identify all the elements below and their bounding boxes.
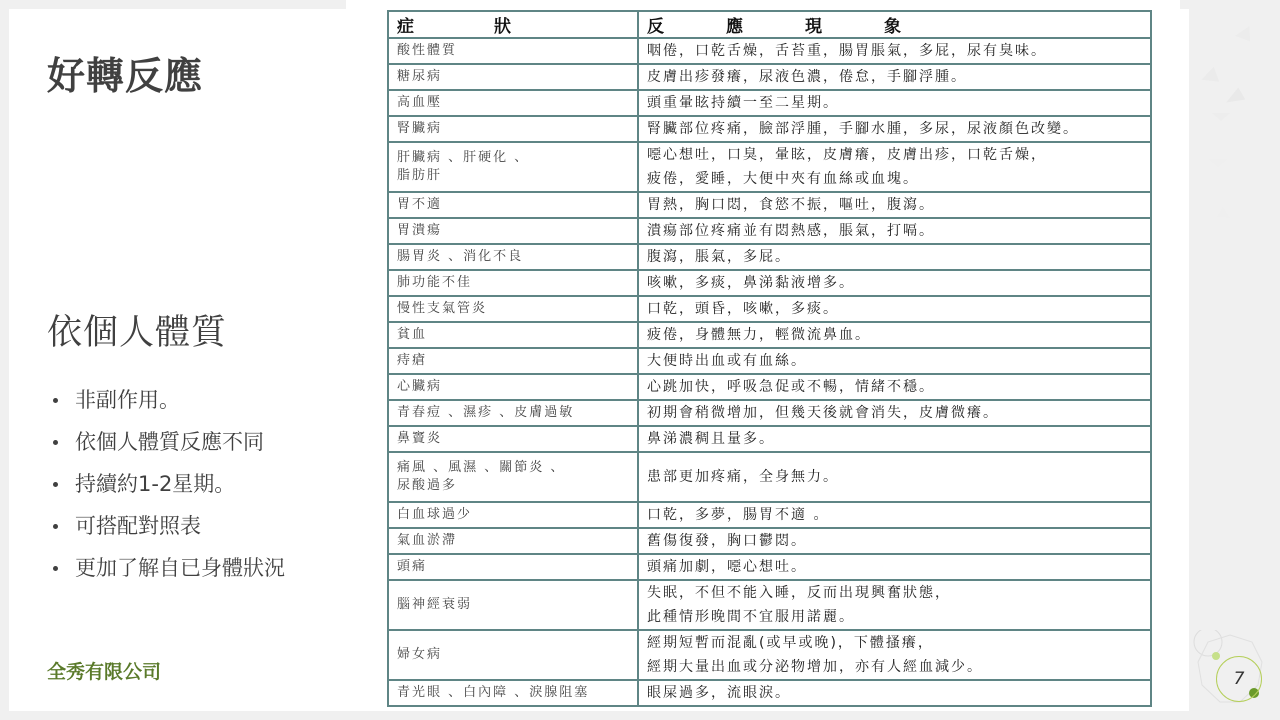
table-row: 婦女病經期短暫而混亂(或早或晚)，下體搔癢，經期大量出血或分泌物增加，亦有人經血… [388, 630, 1151, 680]
table-row: 青春痘 、濕疹 、皮膚過敏初期會稍微增加，但幾天後就會消失，皮膚微癢。 [388, 400, 1151, 426]
symptom-cell: 腦神經衰弱 [388, 580, 638, 630]
symptom-text: 脂肪肝 [397, 167, 629, 185]
reaction-cell: 疲倦，身體無力，輕微流鼻血。 [638, 322, 1151, 348]
reaction-cell: 經期短暫而混亂(或早或晚)，下體搔癢，經期大量出血或分泌物增加，亦有人經血減少。 [638, 630, 1151, 680]
symptom-cell: 痔瘡 [388, 348, 638, 374]
bullet-dot-icon [53, 440, 58, 445]
reaction-text: 心跳加快，呼吸急促或不暢，情緒不穩。 [647, 375, 1142, 399]
bullet-list: 非副作用。 依個人體質反應不同 持續約1-2星期。 可搭配對照表 更加了解自已身… [47, 379, 285, 589]
symptom-text: 腦神經衰弱 [397, 596, 629, 614]
symptom-cell: 腸胃炎 、消化不良 [388, 244, 638, 270]
symptom-cell: 痛風 、風濕 、關節炎 、尿酸過多 [388, 452, 638, 502]
triangle-icon [1217, 207, 1233, 223]
reaction-table: 症狀 反應現象 酸性體質咽倦，口乾舌燥，舌苔重，腸胃脹氣，多屁，尿有臭味。糖尿病… [387, 10, 1152, 707]
symptom-text: 鼻竇炎 [397, 430, 629, 448]
bullet-dot-icon [53, 566, 58, 571]
symptom-cell: 肺功能不佳 [388, 270, 638, 296]
symptom-text: 青春痘 、濕疹 、皮膚過敏 [397, 404, 629, 422]
reaction-text: 皮膚出疹發癢，尿液色濃，倦怠，手腳浮腫。 [647, 65, 1142, 89]
reaction-text: 此種情形晚間不宜服用諾麗。 [647, 605, 1142, 629]
table-header-row: 症狀 反應現象 [388, 11, 1151, 38]
symptom-text: 酸性體質 [397, 42, 629, 60]
reaction-cell: 口乾，多夢，腸胃不適 。 [638, 502, 1151, 528]
reaction-text: 失眠，不但不能入睡，反而出現興奮狀態， [647, 581, 1142, 605]
bullet-item: 非副作用。 [47, 379, 285, 421]
bullet-text: 更加了解自已身體狀況 [75, 556, 285, 580]
symptom-text: 尿酸過多 [397, 477, 629, 495]
symptom-text: 高血壓 [397, 94, 629, 112]
header-char: 象 [884, 12, 901, 37]
triangle-icon [1199, 67, 1220, 88]
symptom-cell: 胃潰瘍 [388, 218, 638, 244]
bullet-dot-icon [53, 524, 58, 529]
reaction-cell: 口乾，頭昏，咳嗽，多痰。 [638, 296, 1151, 322]
reaction-cell: 初期會稍微增加，但幾天後就會消失，皮膚微癢。 [638, 400, 1151, 426]
reaction-text: 經期大量出血或分泌物增加，亦有人經血減少。 [647, 655, 1142, 679]
reaction-text: 潰瘍部位疼痛並有悶熱感，脹氣，打嗝。 [647, 219, 1142, 243]
table-row: 青光眼 、白內障 、淚腺阻塞眼屎過多，流眼淚。 [388, 680, 1151, 706]
header-reaction: 反應現象 [638, 11, 1151, 38]
symptom-cell: 肝臟病 、肝硬化 、脂肪肝 [388, 142, 638, 192]
reaction-cell: 腹瀉，脹氣，多屁。 [638, 244, 1151, 270]
table-row: 腎臟病腎臟部位疼痛，臉部浮腫，手腳水腫，多尿，尿液顏色改變。 [388, 116, 1151, 142]
table-row: 痔瘡大便時出血或有血絲。 [388, 348, 1151, 374]
table-row: 胃不適胃熱，胸口悶，食慾不振，嘔吐，腹瀉。 [388, 192, 1151, 218]
reaction-text: 鼻涕濃稠且量多。 [647, 427, 1142, 451]
reaction-text: 疲倦，愛睡，大便中夾有血絲或血塊。 [647, 167, 1142, 191]
reaction-text: 頭重暈眩持續一至二星期。 [647, 91, 1142, 115]
symptom-text: 貧血 [397, 326, 629, 344]
symptom-text: 氣血淤滯 [397, 532, 629, 550]
table-row: 肝臟病 、肝硬化 、脂肪肝噁心想吐，口臭，暈眩，皮膚癢，皮膚出疹，口乾舌燥，疲倦… [388, 142, 1151, 192]
table-row: 痛風 、風濕 、關節炎 、尿酸過多患部更加疼痛，全身無力。 [388, 452, 1151, 502]
header-char: 現 [805, 12, 822, 37]
symptom-cell: 青春痘 、濕疹 、皮膚過敏 [388, 400, 638, 426]
symptom-text: 肝臟病 、肝硬化 、 [397, 149, 629, 167]
bullet-dot-icon [53, 398, 58, 403]
symptom-cell: 胃不適 [388, 192, 638, 218]
reaction-text: 眼屎過多，流眼淚。 [647, 681, 1142, 705]
table-row: 貧血疲倦，身體無力，輕微流鼻血。 [388, 322, 1151, 348]
symptom-text: 肺功能不佳 [397, 274, 629, 292]
symptom-cell: 頭痛 [388, 554, 638, 580]
left-panel: 好轉反應 依個人體質 非副作用。 依個人體質反應不同 持續約1-2星期。 可搭配… [9, 9, 355, 711]
table-row: 慢性支氣管炎口乾，頭昏，咳嗽，多痰。 [388, 296, 1151, 322]
triangle-icon [1223, 87, 1246, 108]
header-char: 狀 [494, 12, 511, 37]
reaction-text: 口乾，多夢，腸胃不適 。 [647, 503, 1142, 527]
reaction-cell: 噁心想吐，口臭，暈眩，皮膚癢，皮膚出疹，口乾舌燥，疲倦，愛睡，大便中夾有血絲或血… [638, 142, 1151, 192]
table-area: 症狀 反應現象 酸性體質咽倦，口乾舌燥，舌苔重，腸胃脹氣，多屁，尿有臭味。糖尿病… [346, 0, 1180, 711]
reaction-text: 咳嗽，多痰，鼻涕黏液增多。 [647, 271, 1142, 295]
triangle-icon [1209, 159, 1227, 167]
symptom-text: 腎臟病 [397, 120, 629, 138]
table-row: 腸胃炎 、消化不良腹瀉，脹氣，多屁。 [388, 244, 1151, 270]
symptom-cell: 貧血 [388, 322, 638, 348]
header-char: 症 [397, 12, 414, 37]
symptom-text: 痛風 、風濕 、關節炎 、 [397, 459, 629, 477]
bullet-item: 持續約1-2星期。 [47, 463, 285, 505]
reaction-cell: 咳嗽，多痰，鼻涕黏液增多。 [638, 270, 1151, 296]
symptom-text: 胃潰瘍 [397, 222, 629, 240]
page-number-badge: 7 [1190, 630, 1270, 710]
reaction-text: 胃熱，胸口悶，食慾不振，嘔吐，腹瀉。 [647, 193, 1142, 217]
symptom-text: 腸胃炎 、消化不良 [397, 248, 629, 266]
symptom-cell: 高血壓 [388, 90, 638, 116]
bullet-text: 可搭配對照表 [75, 514, 201, 538]
reaction-text: 初期會稍微增加，但幾天後就會消失，皮膚微癢。 [647, 401, 1142, 425]
symptom-cell: 慢性支氣管炎 [388, 296, 638, 322]
bullet-text: 持續約1-2星期。 [75, 472, 235, 496]
reaction-text: 噁心想吐，口臭，暈眩，皮膚癢，皮膚出疹，口乾舌燥， [647, 143, 1142, 167]
symptom-cell: 青光眼 、白內障 、淚腺阻塞 [388, 680, 638, 706]
symptom-text: 慢性支氣管炎 [397, 300, 629, 318]
table-row: 糖尿病皮膚出疹發癢，尿液色濃，倦怠，手腳浮腫。 [388, 64, 1151, 90]
triangle-icon [1212, 113, 1230, 121]
symptom-text: 白血球過少 [397, 506, 629, 524]
symptom-cell: 心臟病 [388, 374, 638, 400]
symptom-cell: 婦女病 [388, 630, 638, 680]
table-row: 胃潰瘍潰瘍部位疼痛並有悶熱感，脹氣，打嗝。 [388, 218, 1151, 244]
reaction-cell: 腎臟部位疼痛，臉部浮腫，手腳水腫，多尿，尿液顏色改變。 [638, 116, 1151, 142]
table-row: 肺功能不佳咳嗽，多痰，鼻涕黏液增多。 [388, 270, 1151, 296]
reaction-cell: 鼻涕濃稠且量多。 [638, 426, 1151, 452]
reaction-cell: 失眠，不但不能入睡，反而出現興奮狀態，此種情形晚間不宜服用諾麗。 [638, 580, 1151, 630]
table-row: 氣血淤滯舊傷復發，胸口鬱悶。 [388, 528, 1151, 554]
symptom-text: 婦女病 [397, 646, 629, 664]
reaction-cell: 皮膚出疹發癢，尿液色濃，倦怠，手腳浮腫。 [638, 64, 1151, 90]
bullet-item: 更加了解自已身體狀況 [47, 547, 285, 589]
reaction-cell: 咽倦，口乾舌燥，舌苔重，腸胃脹氣，多屁，尿有臭味。 [638, 38, 1151, 64]
reaction-text: 腎臟部位疼痛，臉部浮腫，手腳水腫，多尿，尿液顏色改變。 [647, 117, 1142, 141]
bullet-item: 可搭配對照表 [47, 505, 285, 547]
slide-subtitle: 依個人體質 [47, 305, 227, 355]
reaction-text: 舊傷復發，胸口鬱悶。 [647, 529, 1142, 553]
reaction-text: 口乾，頭昏，咳嗽，多痰。 [647, 297, 1142, 321]
triangle-icon [1235, 23, 1255, 42]
symptom-cell: 氣血淤滯 [388, 528, 638, 554]
reaction-text: 患部更加疼痛，全身無力。 [647, 465, 1142, 489]
table-row: 心臟病心跳加快，呼吸急促或不暢，情緒不穩。 [388, 374, 1151, 400]
symptom-text: 青光眼 、白內障 、淚腺阻塞 [397, 684, 629, 702]
reaction-text: 經期短暫而混亂(或早或晚)，下體搔癢， [647, 631, 1142, 655]
reaction-cell: 心跳加快，呼吸急促或不暢，情緒不穩。 [638, 374, 1151, 400]
table-row: 鼻竇炎鼻涕濃稠且量多。 [388, 426, 1151, 452]
reaction-text: 疲倦，身體無力，輕微流鼻血。 [647, 323, 1142, 347]
table-row: 腦神經衰弱失眠，不但不能入睡，反而出現興奮狀態，此種情形晚間不宜服用諾麗。 [388, 580, 1151, 630]
reaction-cell: 眼屎過多，流眼淚。 [638, 680, 1151, 706]
symptom-text: 頭痛 [397, 558, 629, 576]
reaction-cell: 頭痛加劇，噁心想吐。 [638, 554, 1151, 580]
table-row: 白血球過少口乾，多夢，腸胃不適 。 [388, 502, 1151, 528]
symptom-cell: 糖尿病 [388, 64, 638, 90]
reaction-text: 腹瀉，脹氣，多屁。 [647, 245, 1142, 269]
symptom-text: 糖尿病 [397, 68, 629, 86]
symptom-text: 痔瘡 [397, 352, 629, 370]
header-char: 反 [647, 12, 664, 37]
page-number: 7 [1216, 656, 1262, 702]
reaction-cell: 胃熱，胸口悶，食慾不振，嘔吐，腹瀉。 [638, 192, 1151, 218]
symptom-cell: 腎臟病 [388, 116, 638, 142]
symptom-text: 胃不適 [397, 196, 629, 214]
reaction-cell: 舊傷復發，胸口鬱悶。 [638, 528, 1151, 554]
company-name: 全秀有限公司 [47, 657, 161, 684]
header-char: 應 [726, 12, 743, 37]
table-row: 酸性體質咽倦，口乾舌燥，舌苔重，腸胃脹氣，多屁，尿有臭味。 [388, 38, 1151, 64]
reaction-cell: 患部更加疼痛，全身無力。 [638, 452, 1151, 502]
header-symptom: 症狀 [388, 11, 638, 38]
table-body: 酸性體質咽倦，口乾舌燥，舌苔重，腸胃脹氣，多屁，尿有臭味。糖尿病皮膚出疹發癢，尿… [388, 38, 1151, 706]
bullet-text: 依個人體質反應不同 [75, 430, 264, 454]
reaction-text: 咽倦，口乾舌燥，舌苔重，腸胃脹氣，多屁，尿有臭味。 [647, 39, 1142, 63]
symptom-cell: 白血球過少 [388, 502, 638, 528]
reaction-cell: 頭重暈眩持續一至二星期。 [638, 90, 1151, 116]
reaction-text: 大便時出血或有血絲。 [647, 349, 1142, 373]
bullet-dot-icon [53, 482, 58, 487]
reaction-cell: 潰瘍部位疼痛並有悶熱感，脹氣，打嗝。 [638, 218, 1151, 244]
table-row: 頭痛頭痛加劇，噁心想吐。 [388, 554, 1151, 580]
symptom-cell: 酸性體質 [388, 38, 638, 64]
symptom-text: 心臟病 [397, 378, 629, 396]
bullet-item: 依個人體質反應不同 [47, 421, 285, 463]
bullet-text: 非副作用。 [75, 388, 180, 412]
reaction-text: 頭痛加劇，噁心想吐。 [647, 555, 1142, 579]
symptom-cell: 鼻竇炎 [388, 426, 638, 452]
slide-title: 好轉反應 [47, 45, 203, 100]
reaction-cell: 大便時出血或有血絲。 [638, 348, 1151, 374]
table-row: 高血壓頭重暈眩持續一至二星期。 [388, 90, 1151, 116]
